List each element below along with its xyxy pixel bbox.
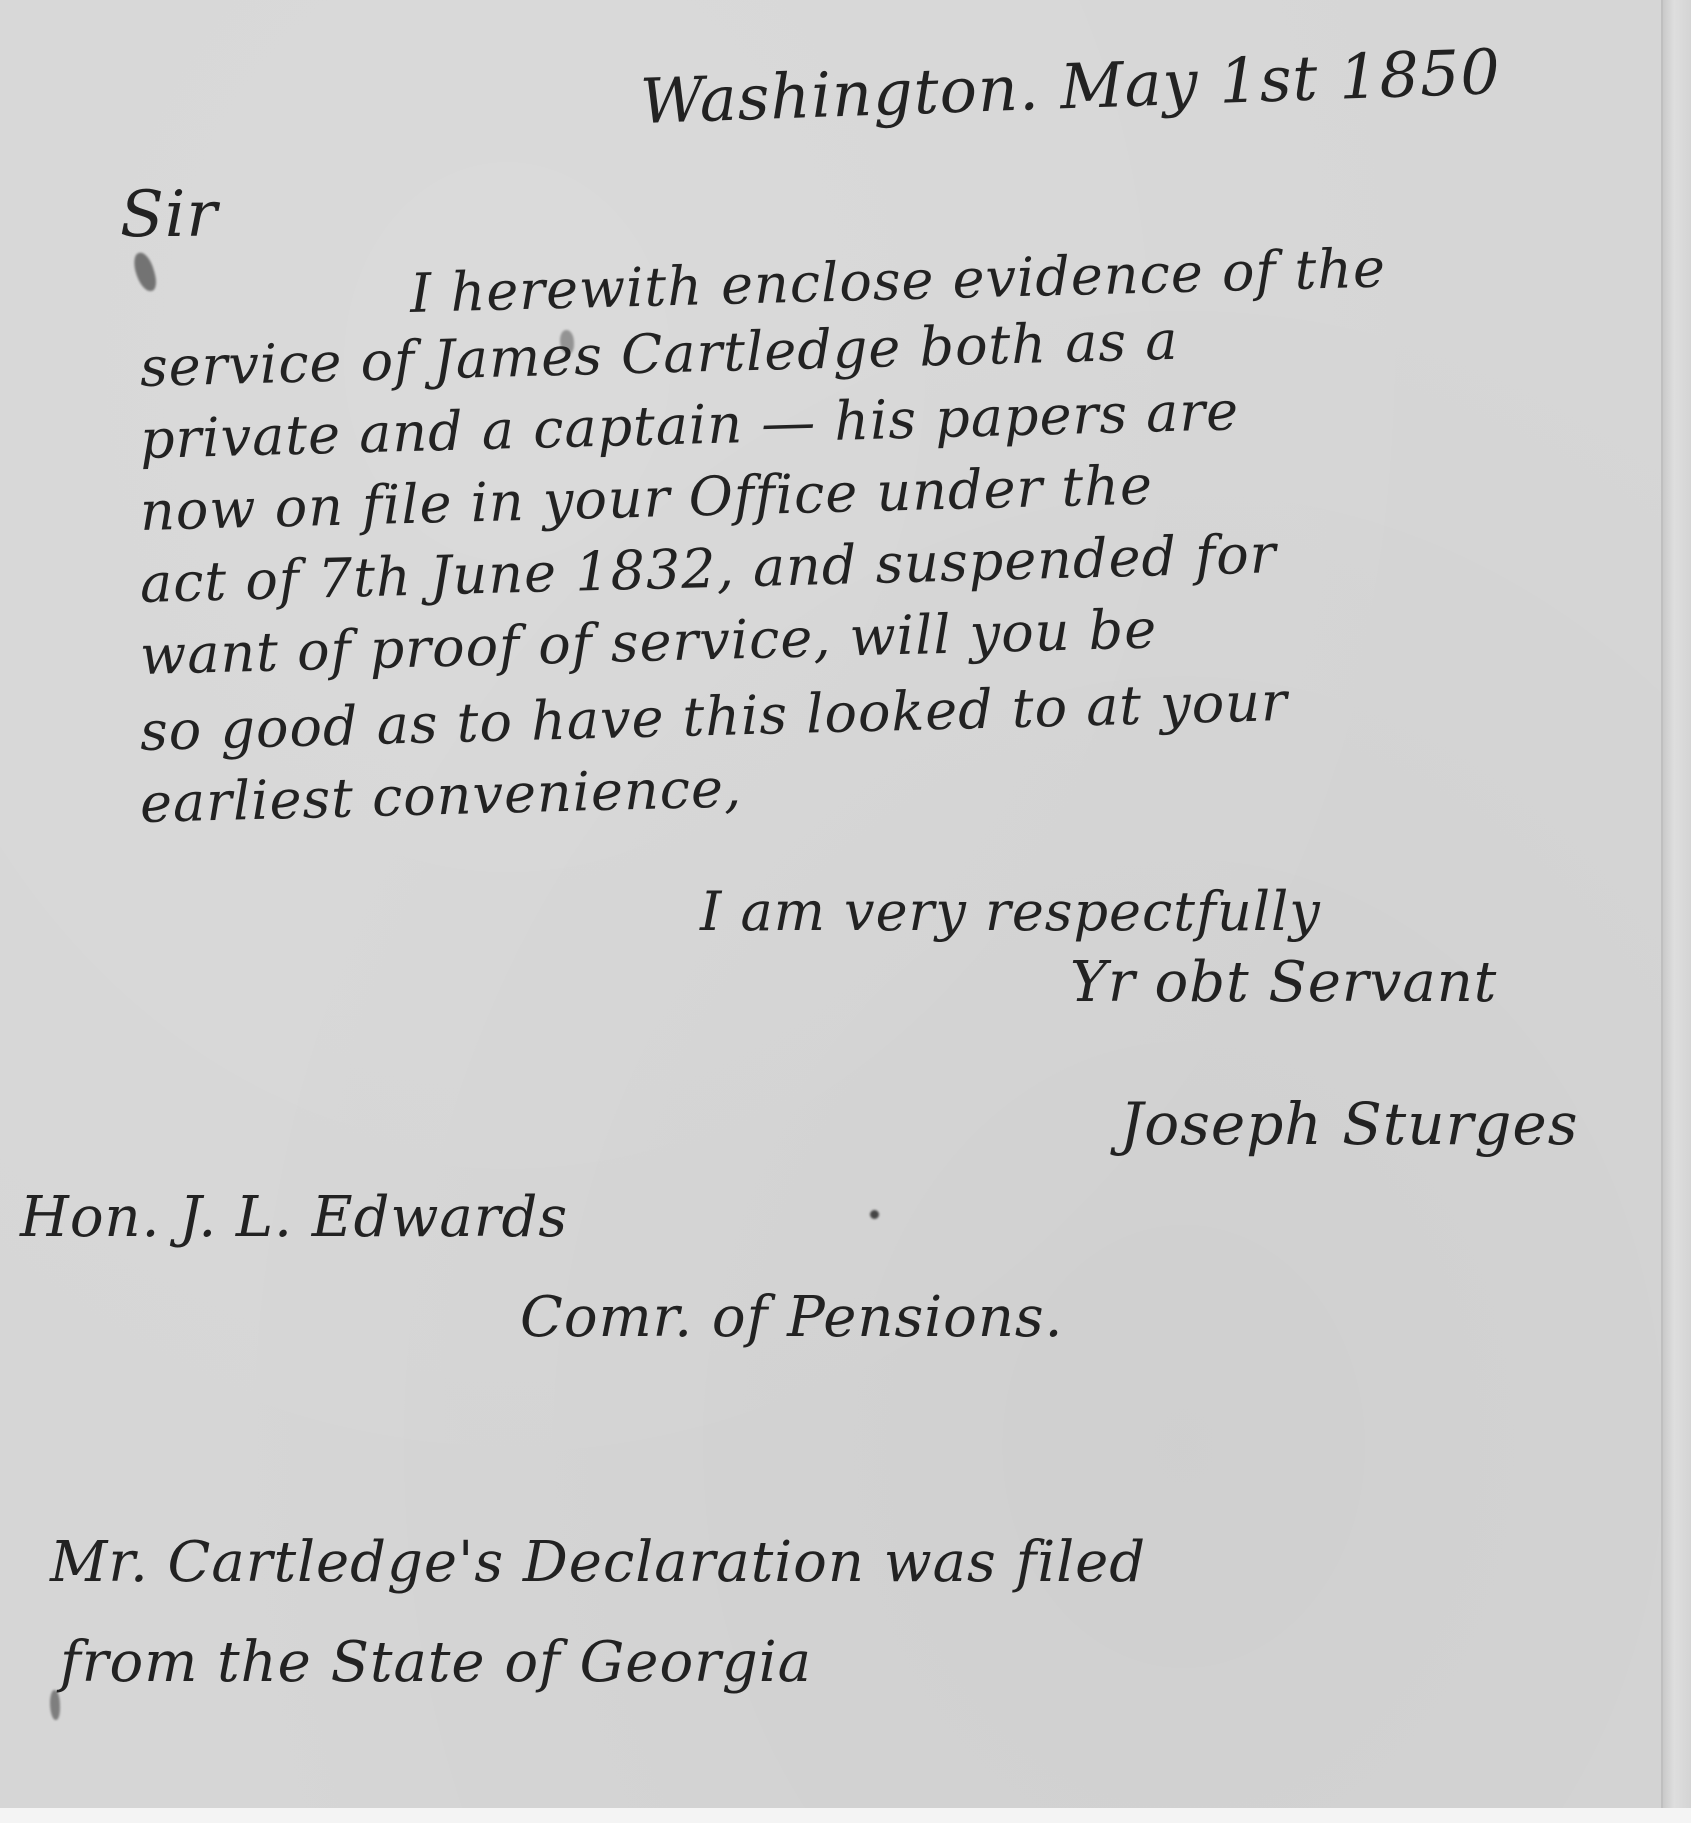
salutation: Sir [120, 178, 218, 252]
dateline: Washington. May 1st 1850 [639, 35, 1502, 138]
letter-page: Washington. May 1st 1850 Sir I herewith … [0, 0, 1691, 1808]
addressee-name: Hon. J. L. Edwards [20, 1185, 568, 1250]
ink-blot [50, 1690, 60, 1720]
body-line: I herewith enclose evidence of the [409, 236, 1387, 325]
signature: Joseph Sturges [1120, 1090, 1579, 1158]
closing-line-2: Yr obt Servant [1070, 950, 1497, 1015]
closing-line-1: I am very respectfully [700, 880, 1321, 943]
body-line: so good as to have this looked to at you… [139, 670, 1288, 763]
ink-blot [131, 250, 159, 293]
addressee-title: Comr. of Pensions. [520, 1285, 1063, 1350]
page-edge [1661, 0, 1691, 1808]
scan-border [0, 1808, 1691, 1823]
ink-dot [870, 1210, 879, 1219]
body-line: earliest convenience, [139, 756, 743, 835]
note-line-1: Mr. Cartledge's Declaration was filed [50, 1530, 1146, 1595]
note-line-2: from the State of Georgia [60, 1630, 812, 1695]
